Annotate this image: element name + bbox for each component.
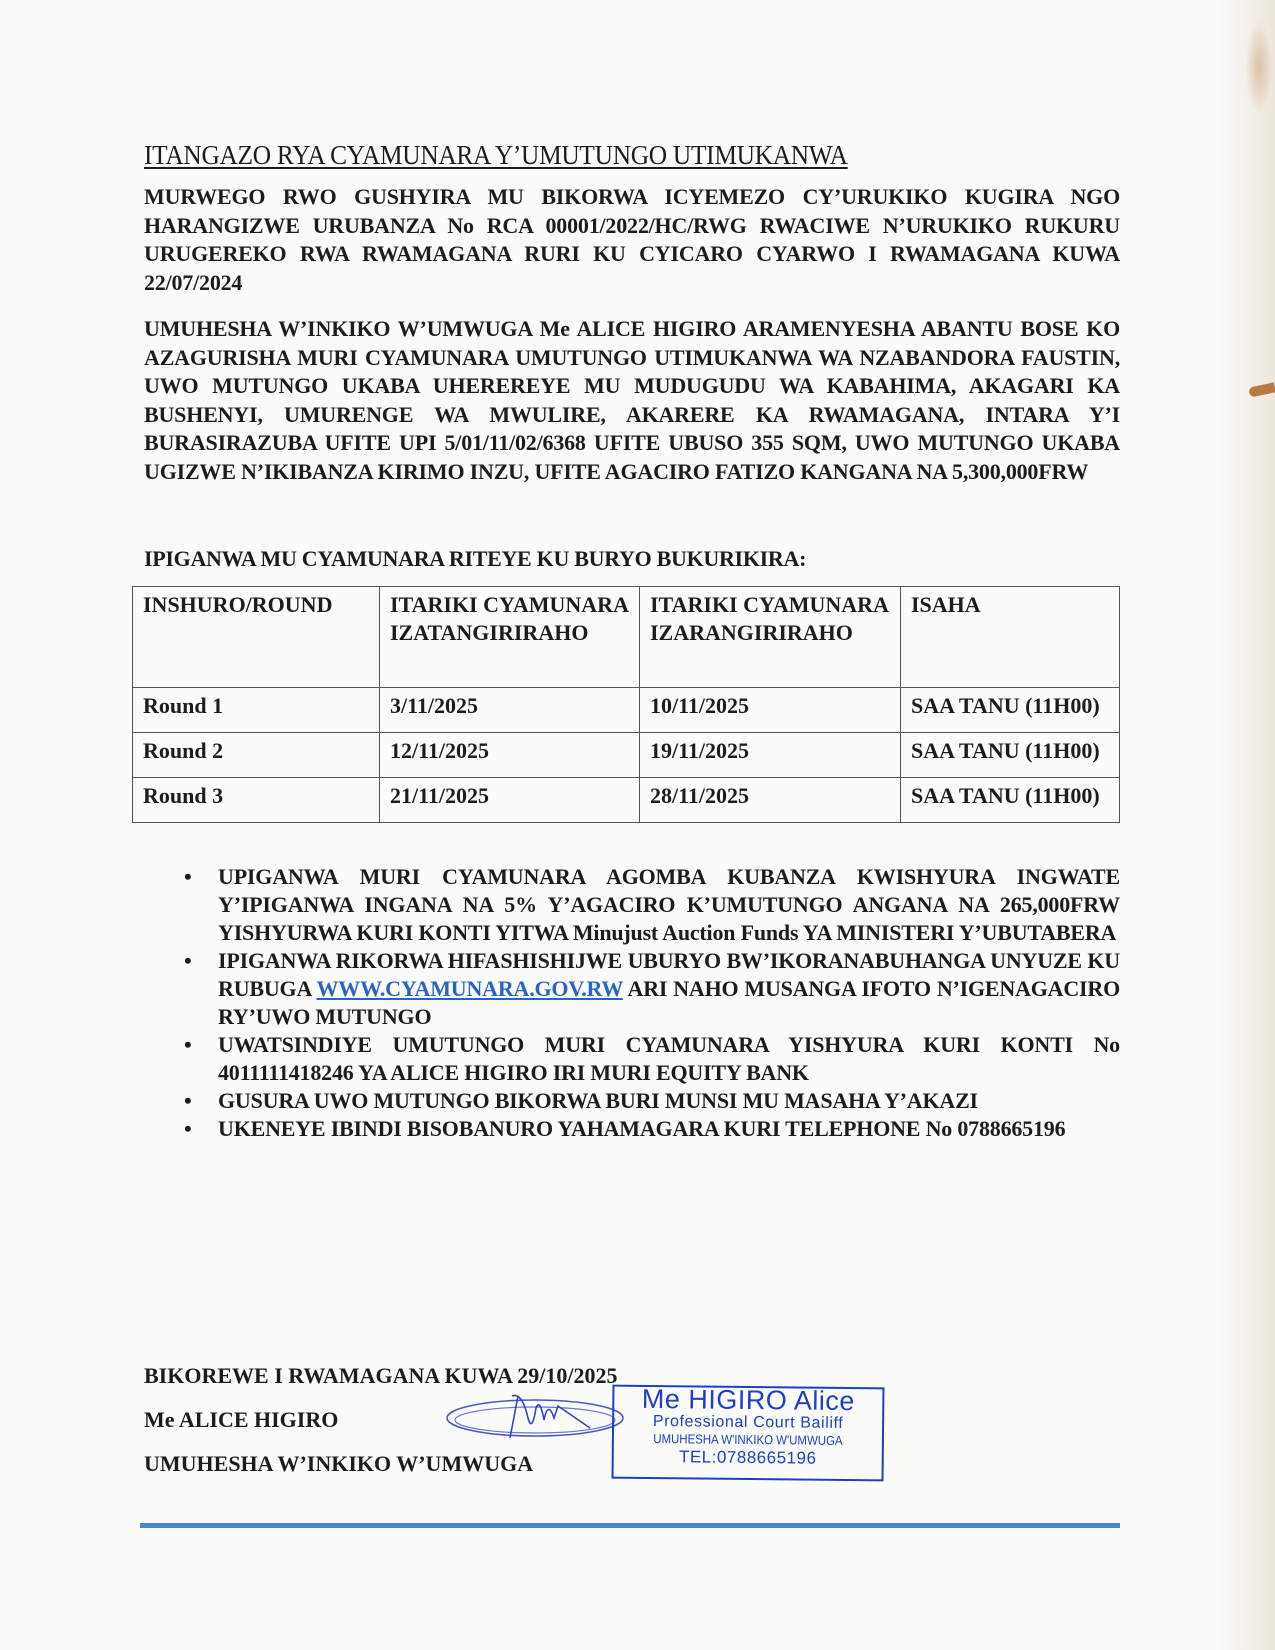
table-row: Round 3 21/11/2025 28/11/2025 SAA TANU (…: [133, 778, 1120, 823]
table-row: Round 1 3/11/2025 10/11/2025 SAA TANU (1…: [133, 688, 1120, 733]
table-header-row: INSHURO/ROUND ITARIKI CYAMUNARA IZATANGI…: [133, 587, 1120, 688]
bailiff-stamp: Me HIGIRO Alice Professional Court Baili…: [612, 1385, 885, 1482]
table-row: Round 2 12/11/2025 19/11/2025 SAA TANU (…: [133, 733, 1120, 778]
list-item-visit: GUSURA UWO MUTUNGO BIKORWA BURI MUNSI MU…: [218, 1087, 1120, 1115]
round-cell: Round 2: [133, 733, 380, 778]
list-item-contact: UKENEYE IBINDI BISOBANURO YAHAMAGARA KUR…: [218, 1115, 1120, 1143]
paper-stain: [1245, 20, 1273, 115]
column-header: ITARIKI CYAMUNARA IZATANGIRIRAHO: [380, 587, 640, 688]
intro-paragraph: MURWEGO RWO GUSHYIRA MU BIKORWA ICYEMEZO…: [144, 183, 1120, 297]
list-item-deposit: UPIGANWA MURI CYAMUNARA AGOMBA KUBANZA K…: [218, 863, 1120, 947]
column-header: ITARIKI CYAMUNARA IZARANGIRIRAHO: [640, 587, 901, 688]
footer-divider: [140, 1523, 1120, 1528]
end-date-cell: 28/11/2025: [640, 778, 901, 823]
signatory-role: UMUHESHA W’INKIKO W’UMWUGA: [144, 1450, 618, 1494]
cyamunara-website-link[interactable]: WWW.CYAMUNARA.GOV.RW: [316, 976, 622, 1001]
handwritten-signature-icon: [440, 1388, 625, 1446]
column-header: ISAHA: [901, 587, 1120, 688]
time-cell: SAA TANU (11H00): [901, 688, 1120, 733]
start-date-cell: 3/11/2025: [380, 688, 640, 733]
end-date-cell: 10/11/2025: [640, 688, 901, 733]
announcement-paragraph: UMUHESHA W’INKIKO W’UMWUGA Me ALICE HIGI…: [144, 315, 1120, 486]
stamp-name: Me HIGIRO Alice: [614, 1385, 882, 1416]
end-date-cell: 19/11/2025: [640, 733, 901, 778]
scanned-page-edge: [1215, 0, 1275, 1650]
start-date-cell: 12/11/2025: [380, 733, 640, 778]
column-header: INSHURO/ROUND: [133, 587, 380, 688]
stamp-phone: TEL:0788665196: [614, 1447, 882, 1470]
stamp-role: UMUHESHA W'INKIKO W'UMWUGA: [630, 1430, 866, 1449]
auction-notice-document: ITANGAZO RYA CYAMUNARA Y’UMUTUNGO UTIMUK…: [144, 140, 1120, 1143]
document-title: ITANGAZO RYA CYAMUNARA Y’UMUTUNGO UTIMUK…: [144, 140, 1061, 171]
round-cell: Round 1: [133, 688, 380, 733]
round-cell: Round 3: [133, 778, 380, 823]
list-item-payment: UWATSINDIYE UMUTUNGO MURI CYAMUNARA YISH…: [218, 1031, 1120, 1087]
start-date-cell: 21/11/2025: [380, 778, 640, 823]
time-cell: SAA TANU (11H00): [901, 733, 1120, 778]
conditions-list: UPIGANWA MURI CYAMUNARA AGOMBA KUBANZA K…: [144, 863, 1120, 1143]
auction-schedule-table: INSHURO/ROUND ITARIKI CYAMUNARA IZATANGI…: [132, 586, 1120, 823]
list-item-online-bidding: IPIGANWA RIKORWA HIFASHISHIJWE UBURYO BW…: [218, 947, 1120, 1031]
schedule-heading: IPIGANWA MU CYAMUNARA RITEYE KU BURYO BU…: [144, 546, 1120, 572]
time-cell: SAA TANU (11H00): [901, 778, 1120, 823]
